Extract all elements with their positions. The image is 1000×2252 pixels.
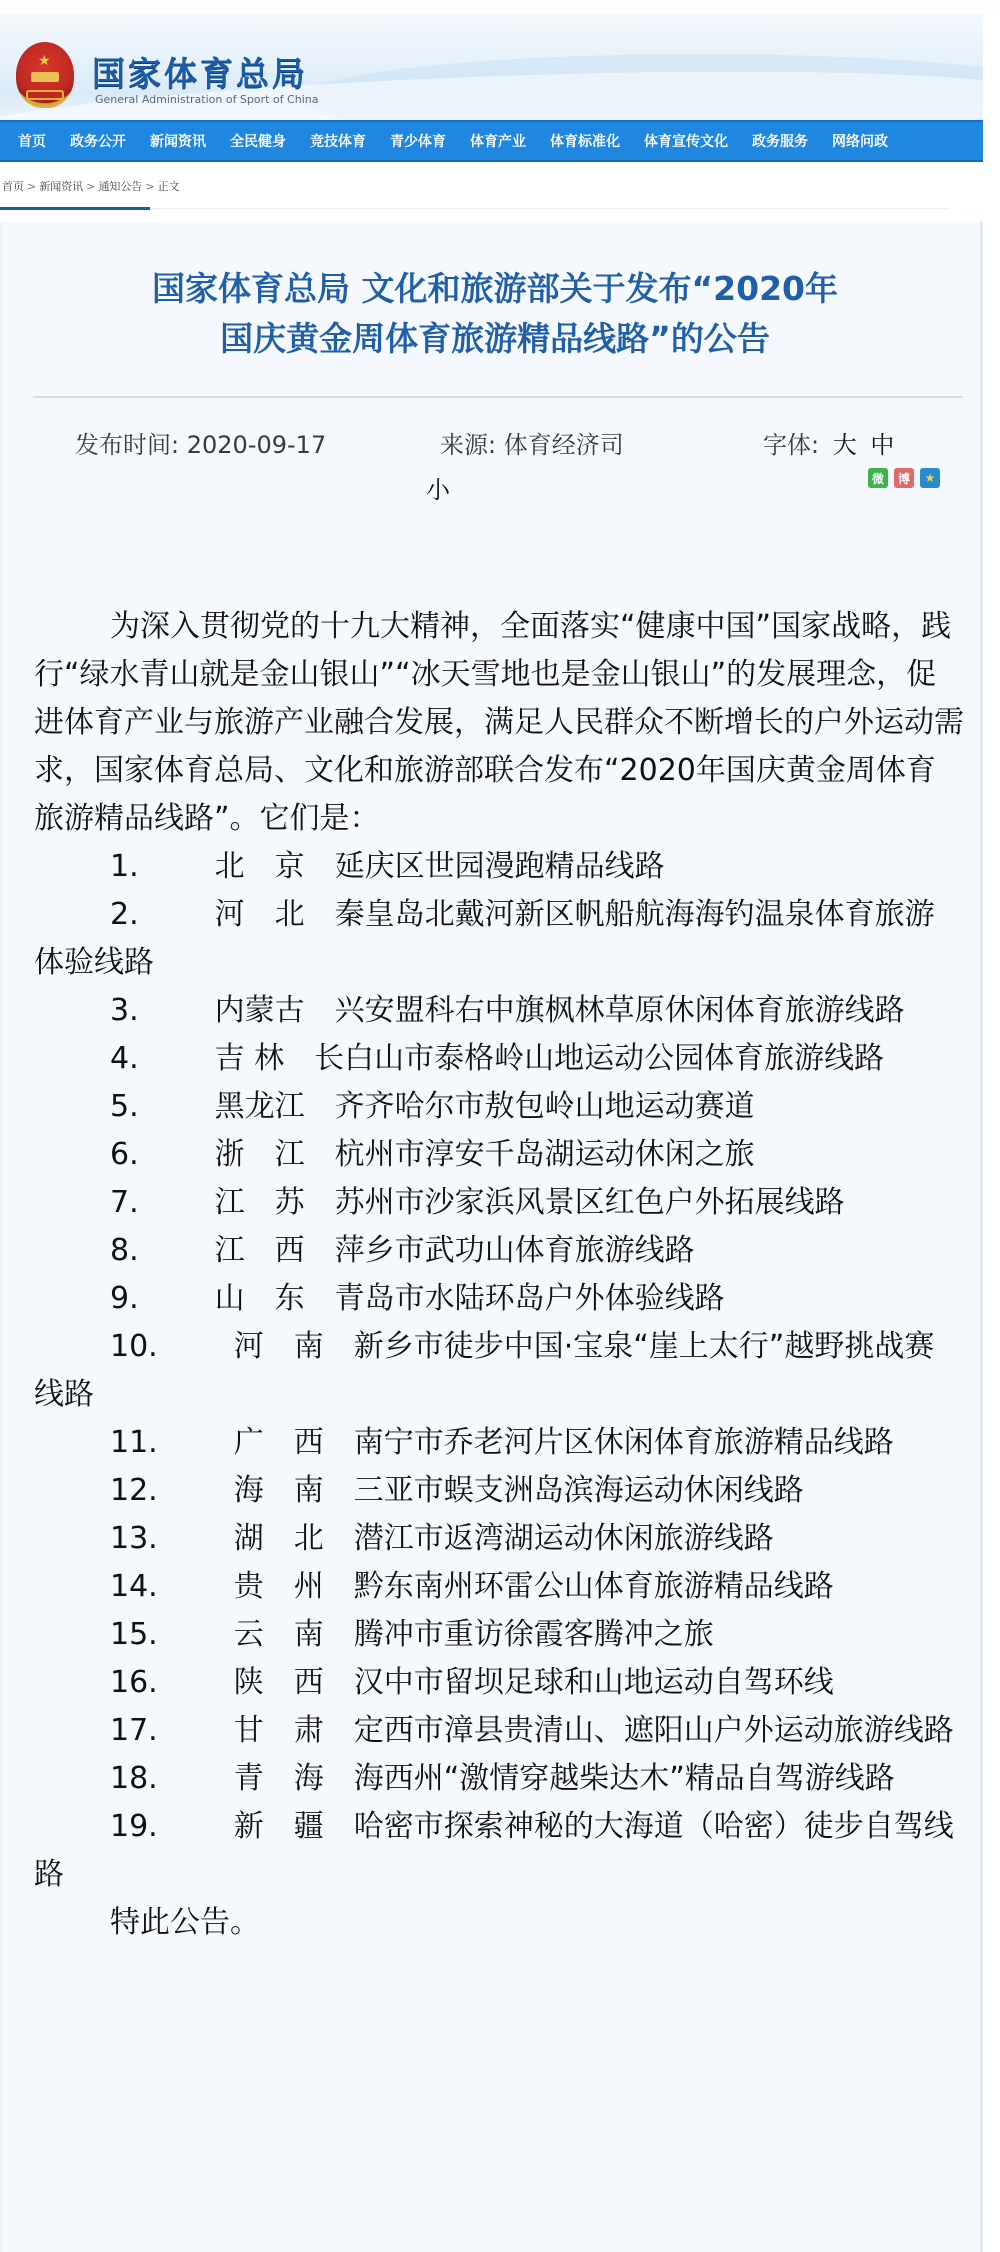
nav-item-competitive-sports[interactable]: 竞技体育 — [310, 131, 366, 151]
route-name: 苏州市沙家浜风景区红色户外拓展线路 — [335, 1185, 845, 1220]
main-nav: 首页 政务公开 新闻资讯 全民健身 竞技体育 青少体育 体育产业 体育标准化 体… — [0, 120, 983, 162]
font-size-large[interactable]: 大 — [833, 431, 857, 459]
route-item: 1.北 京 延庆区世园漫跑精品线路 — [34, 843, 964, 891]
route-name: 延庆区世园漫跑精品线路 — [335, 849, 665, 884]
route-item: 19.新 疆 哈密市探索神秘的大海道（哈密）徒步自驾线路 — [34, 1803, 964, 1899]
route-province: 广 西 — [158, 1419, 324, 1467]
title-divider — [33, 396, 963, 398]
route-province: 河 北 — [139, 891, 305, 939]
route-name: 兴安盟科右中旗枫林草原休闲体育旅游线路 — [335, 993, 905, 1028]
closing-statement: 特此公告。 — [34, 1899, 964, 1947]
nav-item-government-services[interactable]: 政务服务 — [752, 131, 808, 151]
wechat-share-icon[interactable]: 微 — [868, 468, 888, 488]
font-size-small[interactable]: 小 — [426, 470, 450, 505]
article-source: 来源: 体育经济司 — [440, 425, 624, 460]
route-province: 海 南 — [158, 1467, 324, 1515]
route-name: 萍乡市武功山体育旅游线路 — [335, 1233, 695, 1268]
route-province: 陕 西 — [158, 1659, 324, 1707]
route-province: 江 苏 — [139, 1179, 305, 1227]
source-value: 体育经济司 — [504, 431, 624, 459]
divider — [150, 208, 950, 209]
article-title: 国家体育总局 文化和旅游部关于发布“2020年 国庆黄金周体育旅游精品线路”的公… — [20, 264, 970, 364]
route-item: 18.青 海 海西州“激情穿越柴达木”精品自驾游线路 — [34, 1755, 964, 1803]
route-province: 浙 江 — [139, 1131, 305, 1179]
route-item: 6.浙 江 杭州市淳安千岛湖运动休闲之旅 — [34, 1131, 964, 1179]
nav-item-sports-culture[interactable]: 体育宣传文化 — [644, 131, 728, 151]
route-name: 三亚市蜈支洲岛滨海运动休闲线路 — [354, 1473, 804, 1508]
route-item: 13.湖 北 潜江市返湾湖运动休闲旅游线路 — [34, 1515, 964, 1563]
route-name: 南宁市乔老河片区休闲体育旅游精品线路 — [354, 1425, 894, 1460]
breadcrumb: 首页 > 新闻资讯 > 通知公告 > 正文 — [2, 178, 180, 194]
site-logo-subtitle: General Administration of Sport of China — [95, 93, 318, 106]
route-item: 9.山 东 青岛市水陆环岛户外体验线路 — [34, 1275, 964, 1323]
route-item: 14.贵 州 黔东南州环雷公山体育旅游精品线路 — [34, 1563, 964, 1611]
breadcrumb-current: 正文 — [158, 178, 180, 194]
nav-item-news[interactable]: 新闻资讯 — [150, 131, 206, 151]
publish-date: 发布时间: 2020-09-17 — [75, 425, 326, 460]
nav-item-sports-industry[interactable]: 体育产业 — [470, 131, 526, 151]
route-name: 腾冲市重访徐霞客腾冲之旅 — [354, 1617, 714, 1652]
nav-item-home[interactable]: 首页 — [18, 131, 46, 151]
intro-paragraph: 为深入贯彻党的十九大精神，全面落实“健康中国”国家战略，践行“绿水青山就是金山银… — [34, 603, 964, 843]
gate-icon — [31, 72, 59, 82]
article-body: 为深入贯彻党的十九大精神，全面落实“健康中国”国家战略，践行“绿水青山就是金山银… — [34, 603, 964, 1947]
route-item: 10.河 南 新乡市徒步中国·宝泉“崖上太行”越野挑战赛线路 — [34, 1323, 964, 1419]
breadcrumb-separator: > — [86, 180, 95, 193]
article-title-line: 国庆黄金周体育旅游精品线路”的公告 — [20, 314, 970, 364]
route-province: 青 海 — [158, 1755, 324, 1803]
route-item: 11.广 西 南宁市乔老河片区休闲体育旅游精品线路 — [34, 1419, 964, 1467]
route-name: 青岛市水陆环岛户外体验线路 — [335, 1281, 725, 1316]
nav-item-government-affairs[interactable]: 政务公开 — [70, 131, 126, 151]
route-item: 4.吉 林 长白山市泰格岭山地运动公园体育旅游线路 — [34, 1035, 964, 1083]
font-size-label: 字体: — [763, 431, 819, 459]
route-item: 12.海 南 三亚市蜈支洲岛滨海运动休闲线路 — [34, 1467, 964, 1515]
route-item: 17.甘 肃 定西市漳县贵清山、遮阳山户外运动旅游线路 — [34, 1707, 964, 1755]
breadcrumb-separator: > — [27, 180, 36, 193]
route-province: 江 西 — [139, 1227, 305, 1275]
route-item: 2.河 北 秦皇岛北戴河新区帆船航海海钓温泉体育旅游体验线路 — [34, 891, 964, 987]
star-icon: ★ — [38, 54, 51, 68]
site-header: ★ 国家体育总局 General Administration of Sport… — [0, 14, 983, 120]
qzone-share-icon[interactable]: ★ — [920, 468, 940, 488]
route-name: 长白山市泰格岭山地运动公园体育旅游线路 — [314, 1041, 884, 1076]
route-item: 15.云 南 腾冲市重访徐霞客腾冲之旅 — [34, 1611, 964, 1659]
route-province: 内蒙古 — [139, 987, 305, 1035]
publish-date-label: 发布时间: — [75, 431, 179, 459]
route-name: 黔东南州环雷公山体育旅游精品线路 — [354, 1569, 834, 1604]
national-emblem-icon[interactable]: ★ — [16, 42, 74, 108]
breadcrumb-notices[interactable]: 通知公告 — [98, 178, 142, 194]
breadcrumb-separator: > — [145, 180, 154, 193]
route-item: 16.陕 西 汉中市留坝足球和山地运动自驾环线 — [34, 1659, 964, 1707]
route-province: 新 疆 — [158, 1803, 324, 1851]
nav-item-online-inquiry[interactable]: 网络问政 — [832, 131, 888, 151]
article-title-line: 国家体育总局 文化和旅游部关于发布“2020年 — [20, 264, 970, 314]
route-province: 北 京 — [139, 843, 305, 891]
breadcrumb-underline — [0, 207, 150, 210]
route-province: 河 南 — [158, 1323, 324, 1371]
route-province: 湖 北 — [158, 1515, 324, 1563]
route-province: 云 南 — [158, 1611, 324, 1659]
route-province: 贵 州 — [158, 1563, 324, 1611]
publish-date-value: 2020-09-17 — [187, 431, 326, 459]
source-label: 来源: — [440, 431, 496, 459]
route-name: 齐齐哈尔市敖包岭山地运动赛道 — [335, 1089, 755, 1124]
nav-item-national-fitness[interactable]: 全民健身 — [230, 131, 286, 151]
route-province: 甘 肃 — [158, 1707, 324, 1755]
route-name: 潜江市返湾湖运动休闲旅游线路 — [354, 1521, 774, 1556]
font-size-selector: 字体: 大 中 — [763, 425, 894, 460]
nav-item-sports-standardization[interactable]: 体育标准化 — [550, 131, 620, 151]
route-item: 3.内蒙古 兴安盟科右中旗枫林草原休闲体育旅游线路 — [34, 987, 964, 1035]
route-name: 杭州市淳安千岛湖运动休闲之旅 — [335, 1137, 755, 1172]
route-name: 定西市漳县贵清山、遮阳山户外运动旅游线路 — [354, 1713, 954, 1748]
route-item: 7.江 苏 苏州市沙家浜风景区红色户外拓展线路 — [34, 1179, 964, 1227]
route-province: 山 东 — [139, 1275, 305, 1323]
breadcrumb-news[interactable]: 新闻资讯 — [39, 178, 83, 194]
emblem-base — [26, 90, 64, 100]
site-logo-title[interactable]: 国家体育总局 — [92, 48, 308, 95]
route-province: 黑龙江 — [139, 1083, 305, 1131]
route-name: 汉中市留坝足球和山地运动自驾环线 — [354, 1665, 834, 1700]
nav-item-youth-sports[interactable]: 青少体育 — [390, 131, 446, 151]
route-item: 5.黑龙江 齐齐哈尔市敖包岭山地运动赛道 — [34, 1083, 964, 1131]
route-province: 吉 林 — [139, 1035, 285, 1083]
font-size-medium[interactable]: 中 — [870, 431, 894, 459]
breadcrumb-home[interactable]: 首页 — [2, 178, 24, 194]
weibo-share-icon[interactable]: 博 — [894, 468, 914, 488]
route-name: 海西州“激情穿越柴达木”精品自驾游线路 — [354, 1761, 895, 1796]
route-item: 8.江 西 萍乡市武功山体育旅游线路 — [34, 1227, 964, 1275]
